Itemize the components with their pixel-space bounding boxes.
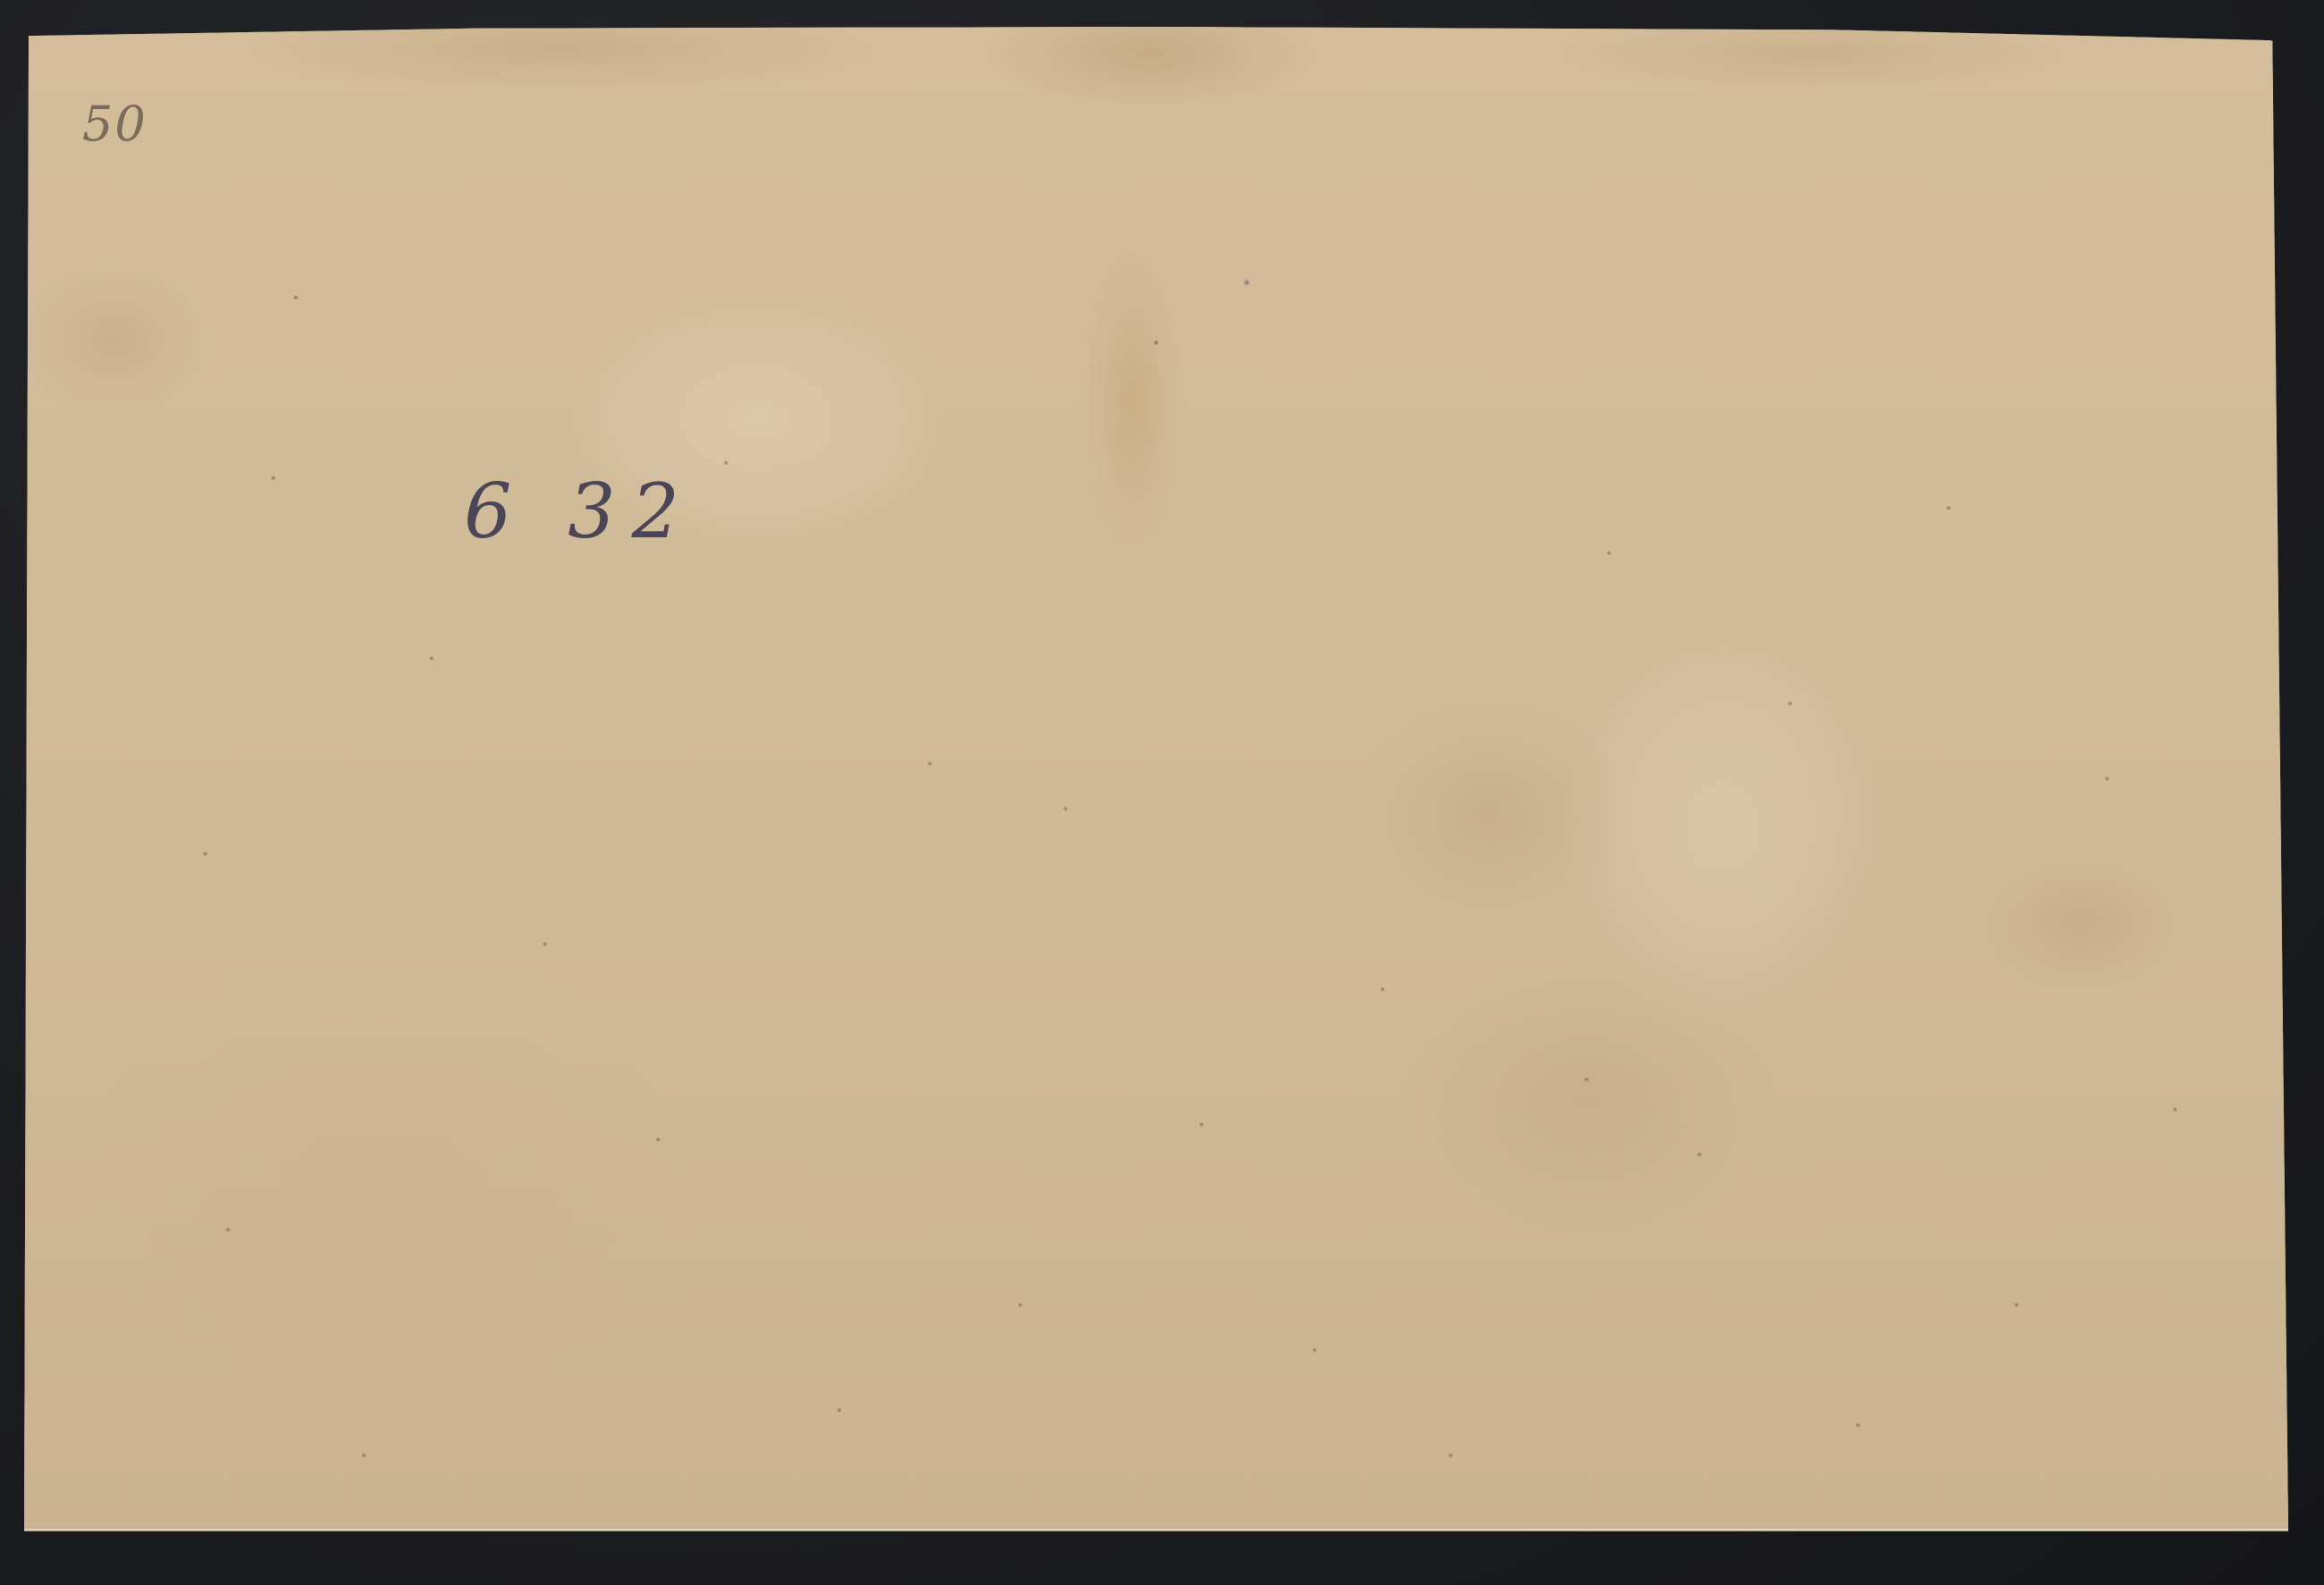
paper-sheet: 50 6 32 bbox=[24, 27, 2288, 1530]
handwritten-number-top-left: 50 bbox=[82, 100, 147, 148]
paper-foxing-specks bbox=[24, 27, 2288, 1530]
handwritten-inventory-number: 6 32 bbox=[464, 474, 695, 549]
paper-bottom-edge bbox=[24, 1529, 2288, 1531]
